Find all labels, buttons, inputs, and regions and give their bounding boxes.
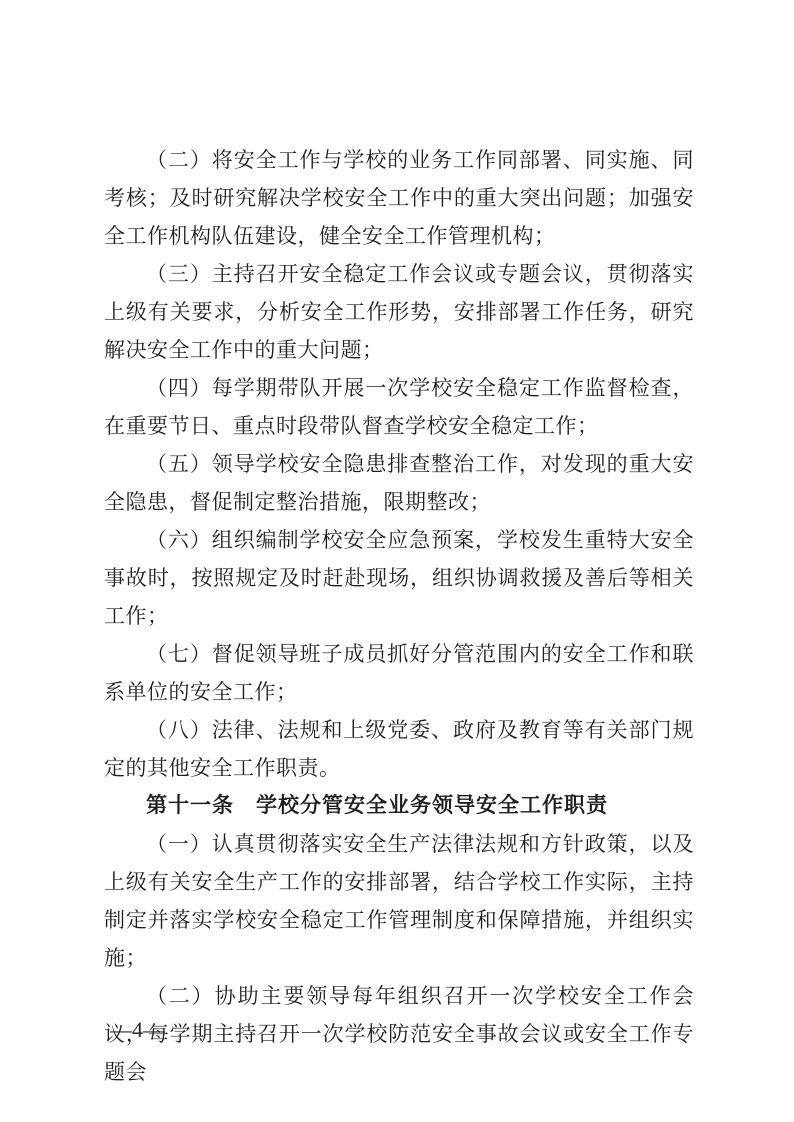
article-11-heading: 第十一条 学校分管安全业务领导安全工作职责 — [104, 787, 694, 825]
paragraph-item-7: （七）督促领导班子成员抓好分管范围内的安全工作和联系单位的安全工作； — [104, 635, 694, 711]
paragraph-item-3: （三）主持召开安全稳定工作会议或专题会议，贯彻落实上级有关要求，分析安全工作形势… — [104, 255, 694, 369]
paragraph-item-2b: （二）协助主要领导每年组织召开一次学校安全工作会议，每学期主持召开一次学校防范安… — [104, 977, 694, 1091]
page-number: —4— — [110, 1017, 165, 1043]
document-body: （二）将安全工作与学校的业务工作同部署、同实施、同考核；及时研究解决学校安全工作… — [104, 141, 694, 1091]
paragraph-item-4: （四）每学期带队开展一次学校安全稳定工作监督检查，在重要节日、重点时段带队督查学… — [104, 369, 694, 445]
document-page: （二）将安全工作与学校的业务工作同部署、同实施、同考核；及时研究解决学校安全工作… — [0, 0, 794, 1122]
paragraph-item-1b: （一）认真贯彻落实安全生产法律法规和方针政策，以及上级有关安全生产工作的安排部署… — [104, 825, 694, 977]
paragraph-item-6: （六）组织编制学校安全应急预案，学校发生重特大安全事故时，按照规定及时赶赴现场，… — [104, 521, 694, 635]
paragraph-item-8: （八）法律、法规和上级党委、政府及教育等有关部门规定的其他安全工作职责。 — [104, 711, 694, 787]
paragraph-item-5: （五）领导学校安全隐患排查整治工作，对发现的重大安全隐患，督促制定整治措施，限期… — [104, 445, 694, 521]
paragraph-item-2: （二）将安全工作与学校的业务工作同部署、同实施、同考核；及时研究解决学校安全工作… — [104, 141, 694, 255]
